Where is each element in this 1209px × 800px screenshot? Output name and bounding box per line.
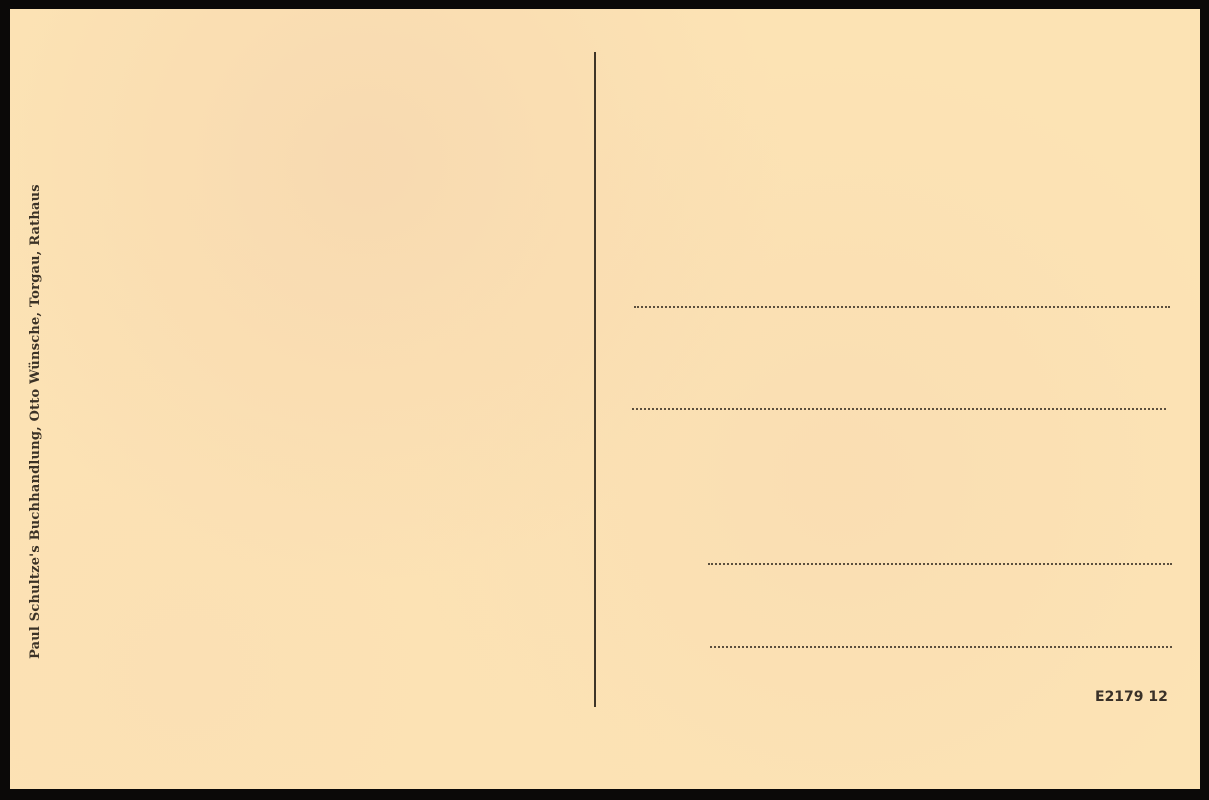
address-line-1 <box>634 306 1170 308</box>
address-line-2 <box>632 408 1166 410</box>
address-line-4 <box>710 646 1172 648</box>
publisher-imprint: Paul Schultze's Buchhandlung, Otto Wünsc… <box>28 184 43 659</box>
catalog-code: E2179 12 <box>1095 689 1168 705</box>
address-line-3 <box>708 563 1172 565</box>
center-divider-line <box>594 52 596 707</box>
postcard-back: Paul Schultze's Buchhandlung, Otto Wünsc… <box>10 9 1200 789</box>
